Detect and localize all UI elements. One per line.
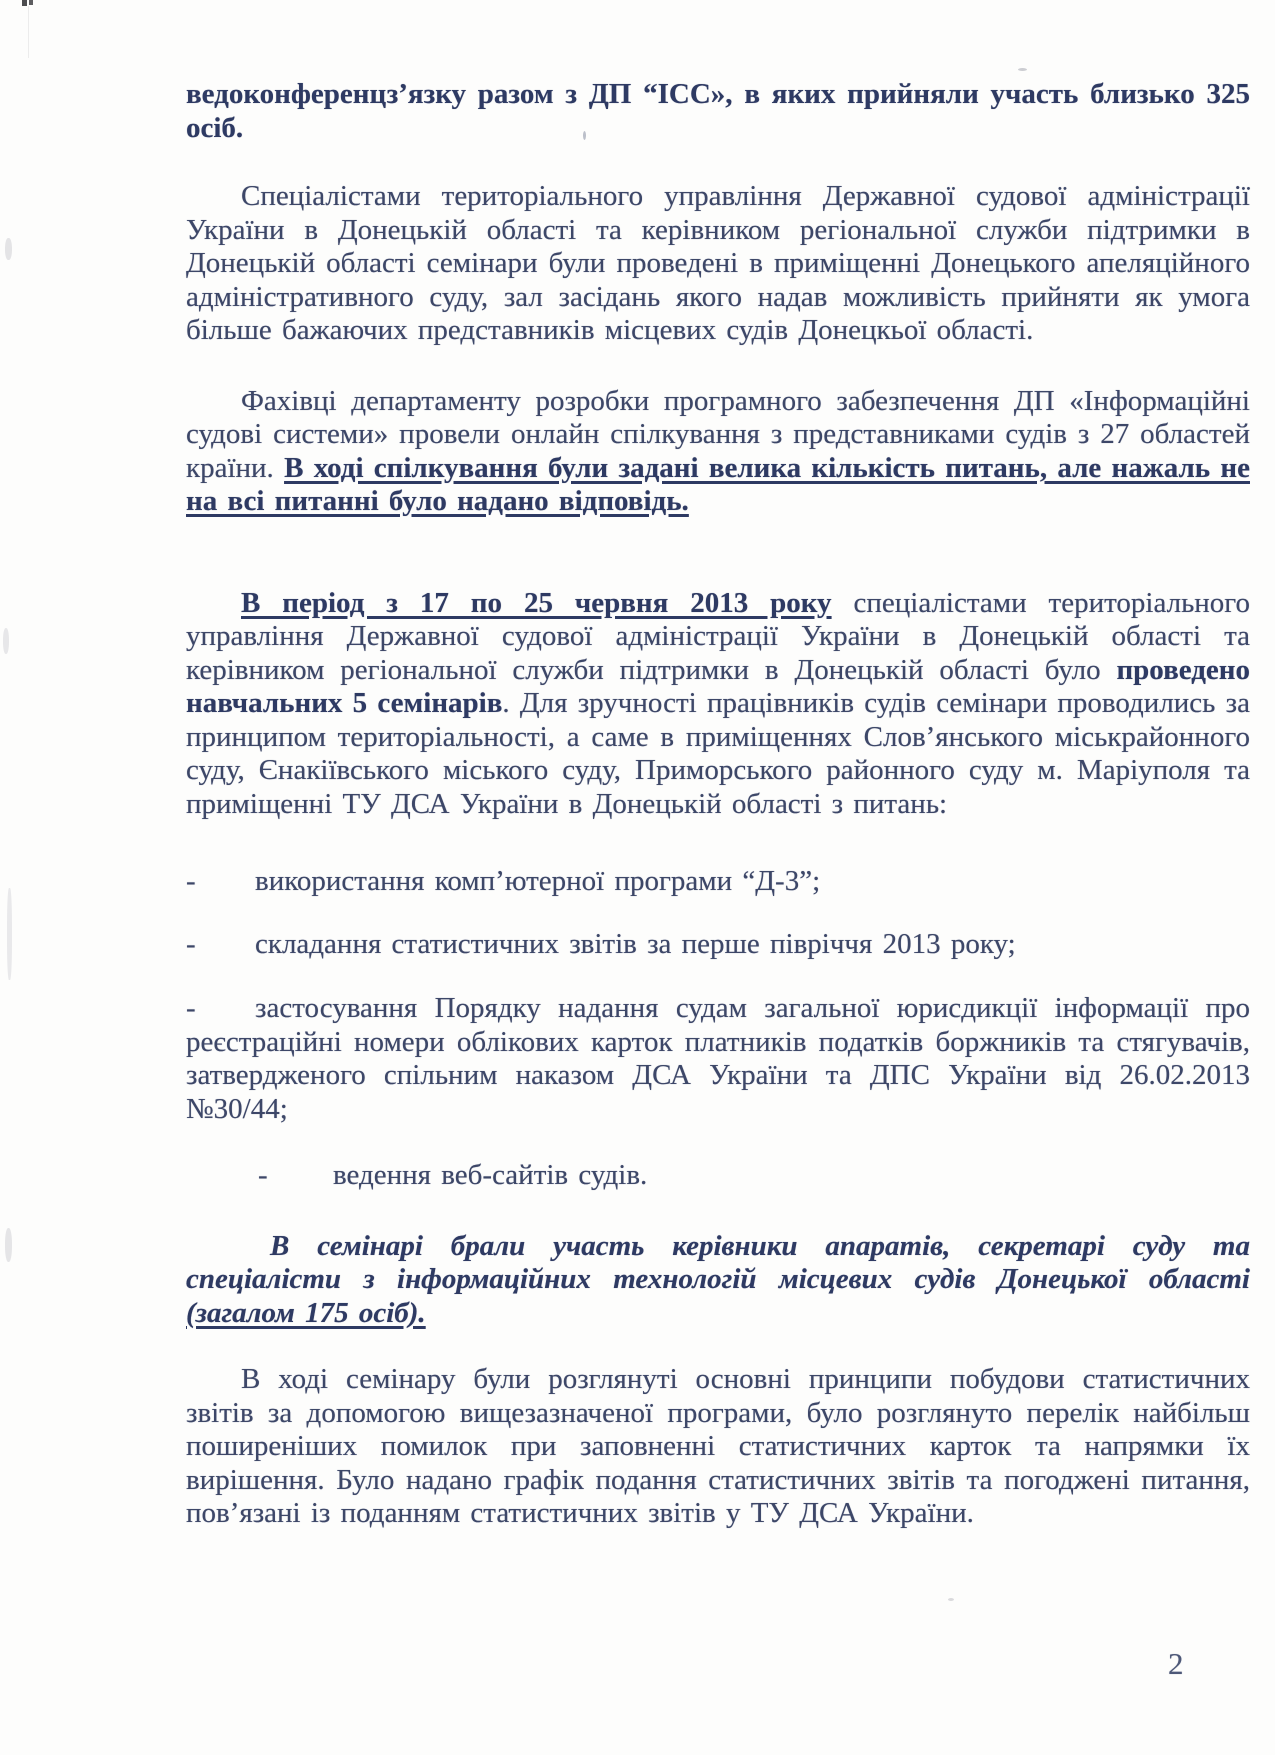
scan-artifact: [22, 0, 27, 6]
text-run: ведоконференцз’язку разом з ДП “ІСС», в …: [186, 78, 1250, 144]
paragraph: В ході семінару були розглянуті основні …: [186, 1363, 1250, 1531]
text-run: В семінарі брали участь керівники апарат…: [186, 1230, 1250, 1296]
scan-artifact: [3, 628, 9, 654]
scan-artifact: [948, 1598, 954, 1601]
text-run: В ході спілкування були задані велика кі…: [186, 452, 1250, 518]
list-item: -використання комп’ютерної програми “Д-3…: [186, 865, 1250, 899]
page-number: 2: [1168, 1646, 1184, 1682]
text-run: Спеціалістами територіального управління…: [186, 180, 1250, 346]
text-run: застосування Порядку надання судам загал…: [186, 992, 1250, 1125]
text-run: використання комп’ютерної програми “Д-3”…: [255, 865, 820, 897]
scan-artifact: [29, 0, 33, 5]
text-run: В ході семінару були розглянуті основні …: [186, 1363, 1250, 1529]
paragraph: Фахівці департаменту розробки програмног…: [186, 385, 1250, 519]
scan-artifact: [28, 6, 29, 58]
list-marker: -: [186, 992, 255, 1026]
document-page: ведоконференцз’язку разом з ДП “ІСС», в …: [0, 0, 1275, 1755]
text-run: ведення веб-сайтів судів.: [333, 1159, 647, 1191]
paragraph: Спеціалістами територіального управління…: [186, 180, 1250, 348]
list-marker: -: [258, 1159, 333, 1193]
list-item: -застосування Порядку надання судам зага…: [186, 992, 1250, 1126]
paragraph: В семінарі брали участь керівники апарат…: [186, 1230, 1250, 1331]
paragraph: В період з 17 по 25 червня 2013 року спе…: [186, 587, 1250, 822]
document-body: ведоконференцз’язку разом з ДП “ІСС», в …: [186, 78, 1250, 1531]
list-marker: -: [186, 928, 255, 962]
text-run: (загалом 175 осіб).: [186, 1297, 426, 1329]
scan-artifact: [5, 1228, 12, 1262]
scan-artifact: [1018, 68, 1027, 71]
list-item: -складання статистичних звітів за перше …: [186, 928, 1250, 962]
text-run: В період з 17 по 25 червня 2013 року: [241, 587, 832, 619]
list-marker: -: [186, 865, 255, 899]
scan-artifact: [5, 238, 12, 260]
text-run: складання статистичних звітів за перше п…: [255, 928, 1016, 960]
scan-artifact: [7, 888, 12, 980]
list-item: -ведення веб-сайтів судів.: [186, 1159, 1250, 1193]
paragraph: ведоконференцз’язку разом з ДП “ІСС», в …: [186, 78, 1250, 145]
